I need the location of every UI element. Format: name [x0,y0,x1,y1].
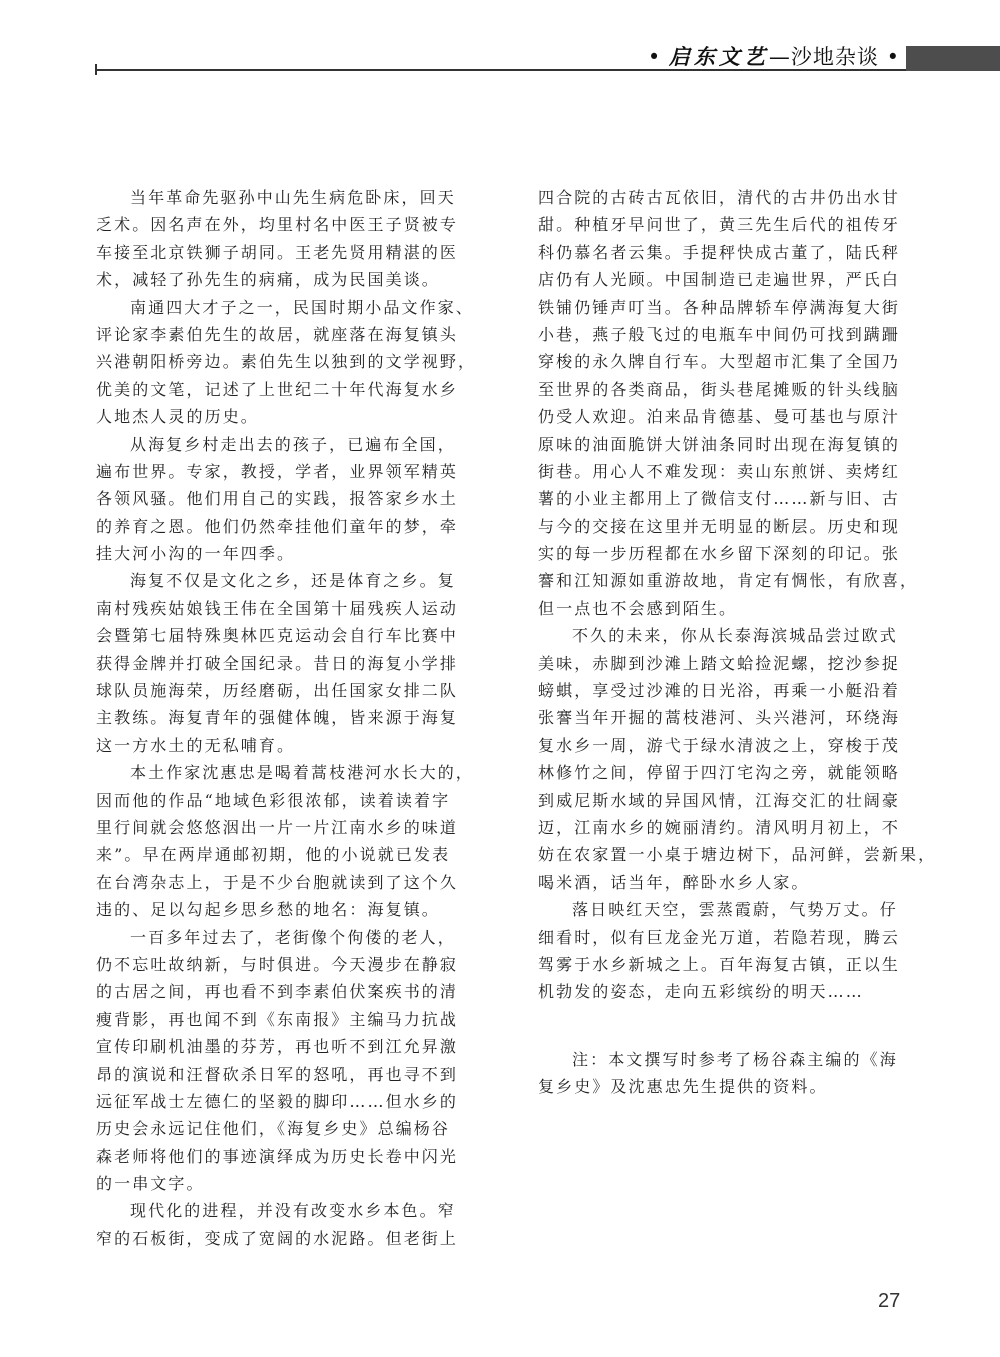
text-line: 铁铺仍锤声叮当。各种品牌轿车停满海复大街 [538,294,910,321]
text-line: 的古居之间，再也看不到李素伯伏案疾书的清 [96,978,468,1005]
text-line: 的养育之恩。他们仍然牵挂他们童年的梦，牵 [96,513,468,540]
left-column: 当年革命先驱孙中山先生病危卧床，回天乏术。因名声在外，均里村名中医王子贤被专车接… [96,184,468,1252]
text-line: 车接至北京铁狮子胡同。王老先贤用精湛的医 [96,239,468,266]
text-line: 仍不忘吐故纳新，与时俱进。今天漫步在静寂 [96,951,468,978]
paragraph: 南通四大才子之一，民国时期小品文作家、评论家李素伯先生的故居，就座落在海复镇头兴… [96,294,468,431]
text-line: 穿梭的永久牌自行车。大型超市汇集了全国乃 [538,348,910,375]
text-line: 历史会永远记住他们，《海复乡史》总编杨谷 [96,1115,468,1142]
text-line: 螃蜞，享受过沙滩的日光浴，再乘一小艇沿着 [538,677,910,704]
text-line: 优美的文笔，记述了上世纪二十年代海复水乡 [96,376,468,403]
paragraph: 一百多年过去了，老街像个佝偻的老人，仍不忘吐故纳新，与时俱进。今天漫步在静寂的古… [96,924,468,1198]
header-bullet-left: • [648,45,661,69]
text-line: 一百多年过去了，老街像个佝偻的老人， [96,924,468,951]
text-line: 美味，赤脚到沙滩上踏文蛤捡泥螺，挖沙参捉 [538,650,910,677]
text-line: 机勃发的姿态，走向五彩缤纷的明天…… [538,978,910,1005]
paragraph: 从海复乡村走出去的孩子，已遍布全国，遍布世界。专家，教授，学者，业界领军精英各领… [96,431,468,568]
text-line: 薯的小业主都用上了微信支付……新与旧、古 [538,485,910,512]
text-line: 获得金牌并打破全国纪录。昔日的海复小学排 [96,650,468,677]
text-line: 林修竹之间，停留于四汀宅沟之旁，就能领略 [538,759,910,786]
page-number: 27 [878,1290,900,1313]
text-line: 甜。种植牙早问世了，黄三先生后代的祖传牙 [538,211,910,238]
text-line: 窄的石板街，变成了宽阔的水泥路。但老街上 [96,1225,468,1252]
text-line: 球队员施海荣，历经磨砺，出任国家女排二队 [96,677,468,704]
header-section: 沙地杂谈 [791,45,879,69]
paragraph: 现代化的进程，并没有改变水乡本色。窄窄的石板街，变成了宽阔的水泥路。但老街上 [96,1197,468,1252]
paragraph: 当年革命先驱孙中山先生病危卧床，回天乏术。因名声在外，均里村名中医王子贤被专车接… [96,184,468,294]
text-line: 遍布世界。专家，教授，学者，业界领军精英 [96,458,468,485]
paragraph: 落日映红天空，雲蒸霞蔚，气势万丈。仔细看时，似有巨龙金光万道，若隐若现，腾云驾雾… [538,896,910,1006]
text-line: 当年革命先驱孙中山先生病危卧床，回天 [96,184,468,211]
text-line: 喝米酒，话当年，醉卧水乡人家。 [538,869,910,896]
text-line: 实的每一步历程都在水乡留下深刻的印记。张 [538,540,910,567]
text-line: 张謇当年开掘的蒿枝港河、头兴港河，环绕海 [538,704,910,731]
text-line: 各领风骚。他们用自己的实践，报答家乡水土 [96,485,468,512]
text-line: 妨在农家置一小桌于塘边树下，品河鲜，尝新果， [538,841,910,868]
text-line: 兴港朝阳桥旁边。素伯先生以独到的文学视野， [96,348,468,375]
text-line: 驾雾于水乡新城之上。百年海复古镇，正以生 [538,951,910,978]
text-line: 术，减轻了孙先生的病痛，成为民国美谈。 [96,266,468,293]
text-line: 落日映红天空，雲蒸霞蔚，气势万丈。仔 [538,896,910,923]
text-line: 的一串文字。 [96,1170,468,1197]
right-column: 四合院的古砖古瓦依旧，清代的古井仍出水甘甜。种植牙早问世了，黄三先生后代的祖传牙… [538,184,910,1101]
text-line: 南通四大才子之一，民国时期小品文作家、 [96,294,468,321]
text-line: 乏术。因名声在外，均里村名中医王子贤被专 [96,211,468,238]
text-line: 违的、足以勾起乡思乡愁的地名：海复镇。 [96,896,468,923]
text-line: 至世界的各类商品，街头巷尾摊贩的针头线脑 [538,376,910,403]
paragraph: 海复不仅是文化之乡，还是体育之乡。复南村残疾姑娘钱王伟在全国第十届残疾人运动会暨… [96,567,468,759]
footnote: 注：本文撰写时参考了杨谷森主编的《海复乡史》及沈惠忠先生提供的资料。 [538,1046,910,1101]
text-line: 店仍有人光顾。中国制造已走遍世界，严氏白 [538,266,910,293]
text-line: 本土作家沈惠忠是喝着蒿枝港河水长大的， [96,759,468,786]
running-header: • 启东文艺—沙地杂谈 • [648,44,900,70]
text-line: 现代化的进程，并没有改变水乡本色。窄 [96,1197,468,1224]
text-line: 迈，江南水乡的婉丽清约。清风明月初上，不 [538,814,910,841]
text-line: 瘦背影，再也闻不到《东南报》主编马力抗战 [96,1006,468,1033]
header-bullet-right: • [887,45,900,69]
text-line: 到威尼斯水域的异国风情，江海交汇的壮阔豪 [538,787,910,814]
header-brand: 启东文艺 [669,44,769,69]
text-line: 主教练。海复青年的强健体魄，皆来源于海复 [96,704,468,731]
footnote-line: 注：本文撰写时参考了杨谷森主编的《海 [538,1046,910,1073]
text-line: 会暨第七届特殊奥林匹克运动会自行车比赛中 [96,622,468,649]
text-line: 仍受人欢迎。泊来品肯德基、曼可基也与原汁 [538,403,910,430]
text-line: 里行间就会悠悠洇出一片一片江南水乡的味道 [96,814,468,841]
text-line: 复水乡一周，游弋于绿水清波之上，穿梭于茂 [538,732,910,759]
text-line: 四合院的古砖古瓦依旧，清代的古井仍出水甘 [538,184,910,211]
text-line: 街巷。用心人不难发现：卖山东煎饼、卖烤红 [538,458,910,485]
text-line: 原味的油面脆饼大饼油条同时出现在海复镇的 [538,431,910,458]
footnote-line: 复乡史》及沈惠忠先生提供的资料。 [538,1073,910,1100]
text-line: 挂大河小沟的一年四季。 [96,540,468,567]
text-line: 森老师将他们的事迹演绎成为历史长卷中闪光 [96,1143,468,1170]
text-line: 这一方水土的无私哺育。 [96,732,468,759]
text-line: 从海复乡村走出去的孩子，已遍布全国， [96,431,468,458]
text-line: 在台湾杂志上，于是不少台胞就读到了这个久 [96,869,468,896]
text-line: 謇和江知源如重游故地，肯定有惆怅，有欣喜， [538,567,910,594]
paragraph: 不久的未来，你从长泰海滨城品尝过欧式美味，赤脚到沙滩上踏文蛤捡泥螺，挖沙参捉螃蜞… [538,622,910,896]
paragraph: 四合院的古砖古瓦依旧，清代的古井仍出水甘甜。种植牙早问世了，黄三先生后代的祖传牙… [538,184,910,622]
text-line: 但一点也不会感到陌生。 [538,595,910,622]
text-line: 海复不仅是文化之乡，还是体育之乡。复 [96,567,468,594]
paragraph: 本土作家沈惠忠是喝着蒿枝港河水长大的，因而他的作品“地域色彩很浓郁，读着读着字里… [96,759,468,923]
text-line: 昂的演说和汪督砍杀日军的怒吼，再也寻不到 [96,1061,468,1088]
text-line: 与今的交接在这里并无明显的断层。历史和现 [538,513,910,540]
header-dash: — [769,45,791,69]
text-line: 来”。早在两岸通邮初期，他的小说就已发表 [96,841,468,868]
text-line: 人地杰人灵的历史。 [96,403,468,430]
text-line: 科仍慕名者云集。手提秤快成古董了，陆氏秤 [538,239,910,266]
text-line: 宣传印刷机油墨的芬芳，再也听不到江允昇激 [96,1033,468,1060]
text-line: 评论家李素伯先生的故居，就座落在海复镇头 [96,321,468,348]
text-line: 南村残疾姑娘钱王伟在全国第十届残疾人运动 [96,595,468,622]
text-line: 细看时，似有巨龙金光万道，若隐若现，腾云 [538,924,910,951]
text-line: 远征军战士左德仁的坚毅的脚印……但水乡的 [96,1088,468,1115]
text-line: 小巷，燕子般飞过的电瓶车中间仍可找到蹒跚 [538,321,910,348]
text-line: 不久的未来，你从长泰海滨城品尝过欧式 [538,622,910,649]
text-line: 因而他的作品“地域色彩很浓郁，读着读着字 [96,787,468,814]
header-dark-block [906,46,1000,71]
